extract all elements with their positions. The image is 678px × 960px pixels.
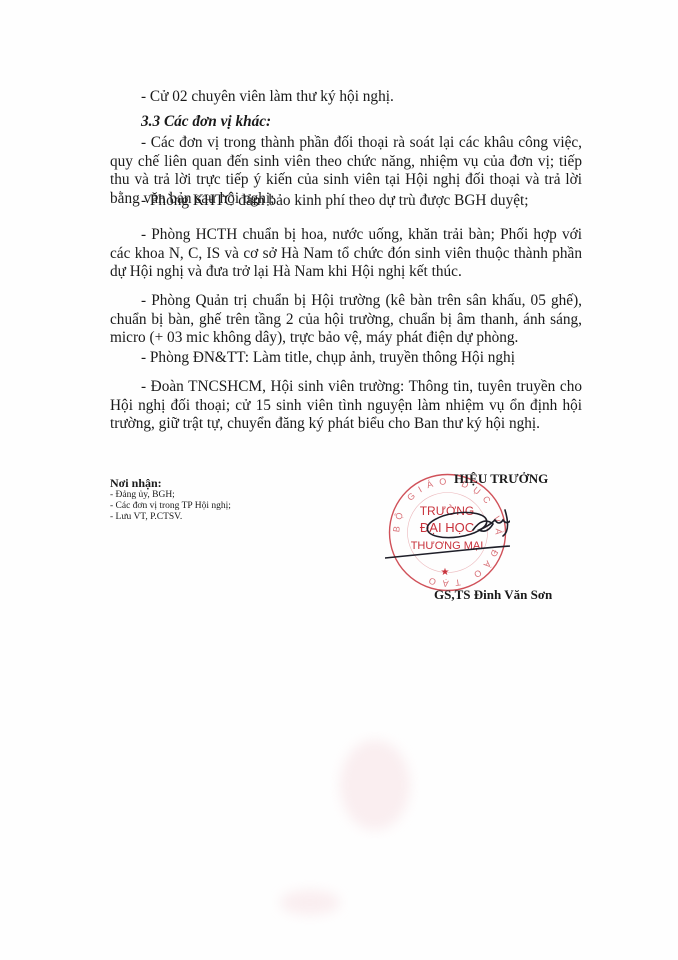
paragraph-quan-tri: - Phòng Quản trị chuẩn bị Hội trường (kê… xyxy=(110,292,582,348)
recipient-item: - Đảng ủy, BGH; xyxy=(110,490,360,501)
recipients-list: - Đảng ủy, BGH; - Các đơn vị trong TP Hộ… xyxy=(110,490,360,523)
recipient-item: - Các đơn vị trong TP Hội nghị; xyxy=(110,501,360,512)
recipients-title: Nơi nhận: xyxy=(110,476,360,490)
recipients-block: Nơi nhận: - Đảng ủy, BGH; - Các đơn vị t… xyxy=(110,476,360,523)
official-stamp: BỘ GIÁO DỤC VÀ ĐÀO TẠO TRƯỜNG ĐẠI HỌC TH… xyxy=(385,470,510,595)
section-heading-3-3: 3.3 Các đơn vị khác: xyxy=(110,113,582,132)
paper-smudge xyxy=(340,740,410,830)
paragraph-hcth: - Phòng HCTH chuẩn bị hoa, nước uống, kh… xyxy=(110,226,582,282)
recipient-item: - Lưu VT, P.CTSV. xyxy=(110,512,360,523)
stamp-star-icon: ★ xyxy=(441,567,450,578)
signer-name: GS,TS Đinh Văn Sơn xyxy=(434,587,552,603)
signer-title: HIỆU TRƯỞNG xyxy=(454,471,548,487)
paper-smudge xyxy=(280,890,340,915)
paragraph-khtc: - Phòng KHTC đảm bảo kinh phí theo dự tr… xyxy=(110,192,582,211)
document-page: - Cử 02 chuyên viên làm thư ký hội nghị.… xyxy=(0,0,678,960)
stamp-line-1: TRƯỜNG xyxy=(420,503,475,518)
paragraph-doan: - Đoàn TNCSHCM, Hội sinh viên trường: Th… xyxy=(110,378,582,434)
paragraph-secretary: - Cử 02 chuyên viên làm thư ký hội nghị. xyxy=(110,88,582,107)
paragraph-dntt: - Phòng ĐN&TT: Làm title, chụp ảnh, truy… xyxy=(110,349,582,368)
stamp-line-3: THƯƠNG MẠI xyxy=(411,540,484,552)
